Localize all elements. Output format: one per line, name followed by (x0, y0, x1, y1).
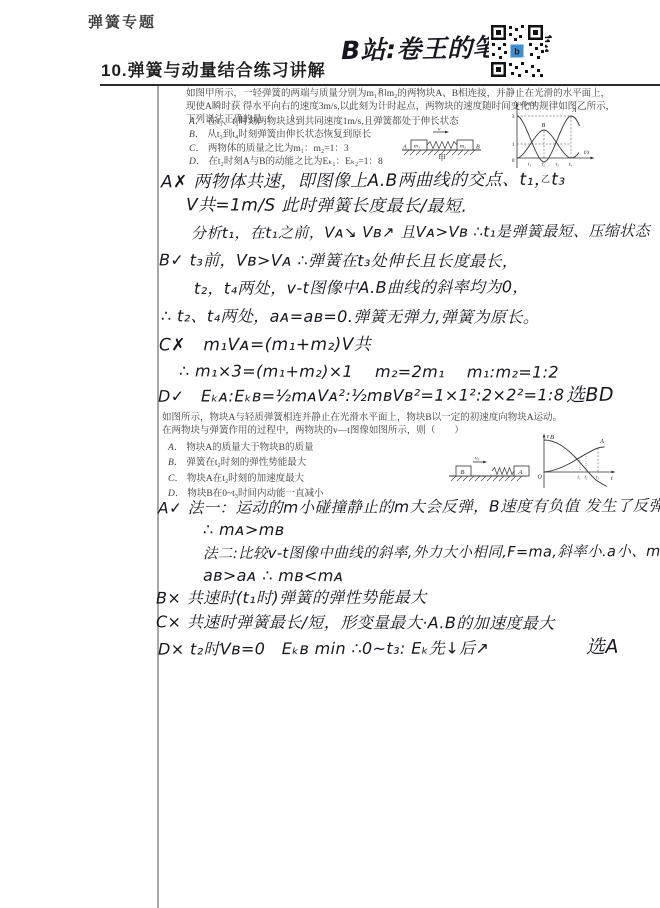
graph1-ylabel: v/(m/s) (520, 101, 536, 108)
graph1-xtick-t4: t₄ (569, 163, 572, 168)
option-label: C． (189, 144, 205, 154)
graph2-xtick-t2: t₂ (585, 476, 588, 481)
block-a-label: A (402, 145, 407, 151)
option-text: 两物体的质量之比为m₁：m₂=1：3 (208, 144, 349, 154)
problem2-option-a: A．物块A的质量大于物块B的质量 (168, 441, 324, 456)
solution1-line8: ∴ m₁×3=(m₁+m₂)×1 m₂=2m₁ m₁:m₂=1:2 (179, 358, 559, 382)
velocity-time-graph-2: v O t t₁ t₂ t₃ B A (534, 428, 619, 499)
worksheet-page: 弹簧专题 10.弹簧与动量结合练习讲解 B站:卷王的笔记库 (0, 0, 660, 908)
spring-blocks-diagram-1: v A m₁ m₂ B 甲 (399, 126, 484, 167)
mass2-label: m₂ (460, 144, 466, 150)
graph2-xlabel: t (611, 476, 613, 482)
block-b-label: B (461, 469, 465, 476)
qr-code-image: b (489, 23, 545, 79)
problem2-intro: 如图所示，物块A与轻质弹簧相连并静止在光滑水平面上，物块B以一定的初速度向物块A… (162, 412, 562, 438)
solution2-line4: aʙ>aᴀ ∴ mʙ<mᴀ (203, 566, 344, 585)
problem2-intro-line2: 在两物块与弹簧作用的过程中，两物块的v—t图像如图所示，则（ ） (162, 425, 562, 438)
solution1-line9: D✓ Eₖᴀ:Eₖʙ=½mᴀVᴀ²:½mʙVʙ²=1×1²:2×2²=1:8 (158, 382, 564, 406)
solution2-line5: B× 共速时(t₁时)弹簧的弹性势能最大 (156, 585, 427, 609)
lesson-title: 10.弹簧与动量结合练习讲解 (101, 56, 326, 81)
option-text: 物块A的质量大于物块B的质量 (186, 443, 313, 453)
solution1-line1: A✗ 两物体共速，即图像上A.B两曲线的交点、t₁，t₃ (161, 165, 566, 193)
problem2-option-c: C．物块A在t₂时刻的加速度最大 (168, 472, 324, 487)
mass1-label: m₁ (414, 144, 420, 150)
solution2-line1: A✓ 法一：运动的m小碰撞静止的m大会反弹，B速度有负值 发生了反弹 (158, 494, 660, 519)
header-divider (100, 84, 660, 86)
graph2-xtick-t1: t₁ (578, 476, 581, 481)
solution2-line3: 法二:比较v-t图像中曲线的斜率,外力大小相同,F=ma,斜率小.a小、m大 (203, 540, 660, 563)
solution1-line5: t₂，t₄两处，v-t图像中A.B曲线的斜率均为0， (194, 274, 529, 299)
diagram1-caption: 甲 (438, 154, 446, 163)
solution1-line4: B✓ t₃前，Vʙ>Vᴀ ∴弹簧在t₃处伸长且长度最长， (159, 247, 518, 271)
option-text: 从t₃到t₄时刻弹簧由伸长状态恢复到原长 (207, 130, 371, 140)
solution2-answer: 选A (586, 632, 619, 660)
option-text: 弹簧在t₂时刻的弹性势能最大 (186, 458, 306, 468)
solution1-line7: C✗ m₁Vᴀ=(m₁+m₂)V共 (159, 330, 371, 356)
velocity0-arrow-label: v₀ (475, 456, 479, 462)
problem2-option-b: B．弹簧在t₂时刻的弹性势能最大 (168, 456, 324, 471)
option-label: B． (189, 130, 204, 140)
block-a-label: A (518, 469, 523, 476)
graph1-ytick-3: 3 (512, 114, 515, 120)
graph1-xlabel: t/s (584, 150, 590, 156)
solution2-line6: C× 共速时弹簧最长/短，形变量最大·A.B的加速度最大 (156, 609, 555, 633)
graph2-origin: O (538, 475, 543, 481)
solution2-line7: D× t₂时Vʙ=0 Eₖʙ min ∴0~t₃: Eₖ先↓后↗ (158, 635, 489, 659)
solution1-line6: ∴ t₂、t₄两处，aᴀ=aʙ=0.弹簧无弹力,弹簧为原长。 (161, 303, 539, 327)
option-label: B． (168, 458, 183, 468)
graph2-curve-a-label: A (599, 438, 604, 445)
graph2-curve-b-label: B (550, 434, 554, 441)
solution1-answer: 选BD (566, 380, 614, 408)
problem2-intro-line1: 如图所示，物块A与轻质弹簧相连并静止在光滑水平面上，物块B以一定的初速度向物块A… (162, 412, 562, 425)
spring-blocks-diagram-2: v₀ B A (446, 452, 531, 489)
svg-text:b: b (514, 47, 520, 57)
block-b-label: B (476, 145, 480, 151)
qr-code: b (489, 23, 545, 79)
graph1-curve-a-label: A (572, 108, 577, 114)
option-text: 物块A在t₂时刻的加速度最大 (187, 474, 304, 484)
solution1-line3: 分析t₁，在t₁之前，Vᴀ↘ Vʙ↗ 且Vᴀ>Vʙ ∴t₁是弹簧最短、压缩状态 (191, 220, 650, 243)
option-label: A． (168, 443, 183, 453)
graph2-xtick-t3: t₃ (596, 476, 599, 481)
problem2-options: A．物块A的质量大于物块B的质量 B．弹簧在t₂时刻的弹性势能最大 C．物块A在… (168, 441, 324, 502)
option-label: A． (189, 117, 204, 127)
graph1-ytick-1: 1 (512, 142, 515, 148)
page-topic: 弹簧专题 (88, 11, 156, 32)
option-label: D． (189, 157, 205, 167)
option-label: C． (168, 474, 184, 484)
graph1-ytick-0: 0 (512, 158, 515, 164)
graph1-curve-b-label: B (542, 123, 546, 129)
solution2-line2: ∴ mᴀ>mʙ (203, 520, 284, 539)
solution1-line2: V共=1m/S 此时弹簧长度最长/最短. (186, 190, 467, 216)
